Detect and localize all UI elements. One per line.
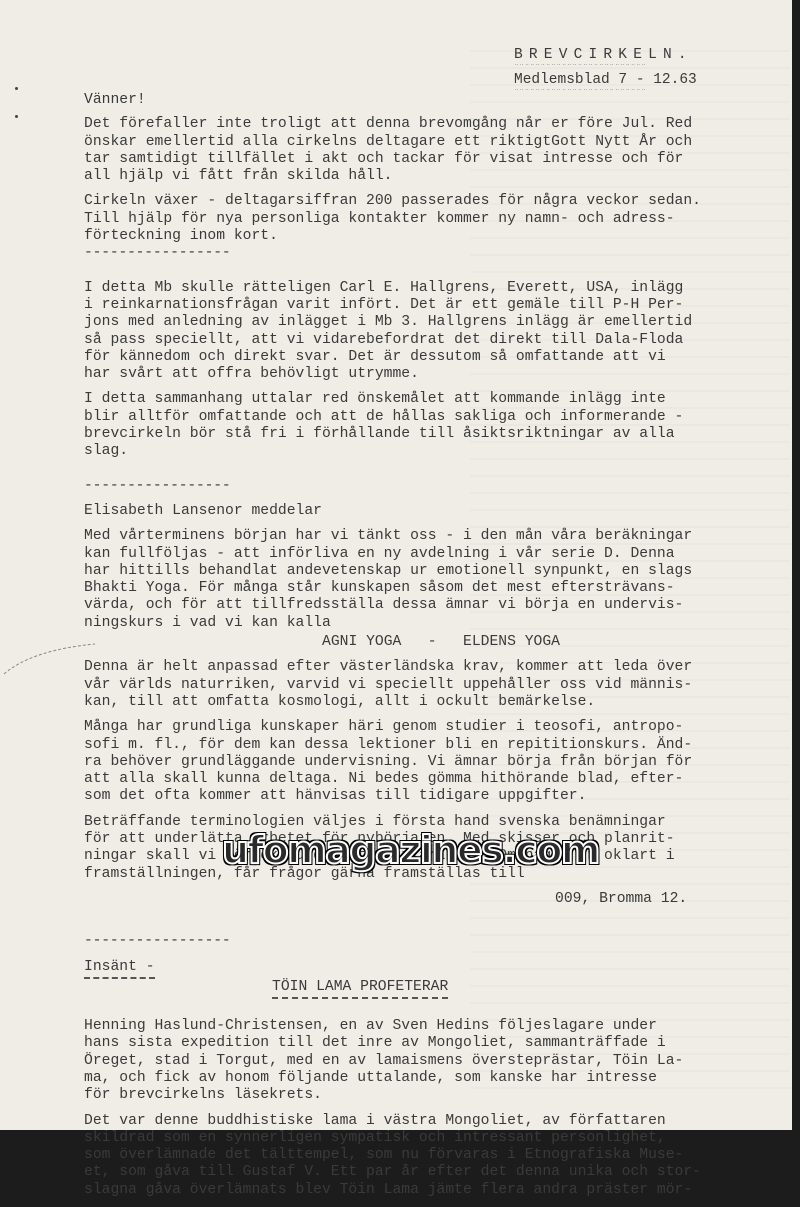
paragraph: Många har grundliga kunskaper häri genom…	[84, 719, 764, 805]
paragraph: Med vårterminens början har vi tänkt oss…	[84, 528, 764, 632]
paragraph: Det var denne buddhistiske lama i västra…	[84, 1113, 764, 1138]
separator: -----------------	[84, 245, 764, 262]
watermark: ufomagazines.com	[222, 830, 599, 870]
newsletter-title: BREVCIRKELN.	[514, 47, 697, 64]
paragraph: I detta sammanhang uttalar red önskemåle…	[84, 391, 764, 460]
paragraph: Denna är helt anpassad efter västerländs…	[84, 659, 764, 711]
section-intro: Elisabeth Lansenor meddelar	[84, 503, 764, 520]
punch-mark	[15, 87, 18, 90]
course-title: AGNI YOGA - ELDENS YOGA	[84, 634, 764, 651]
letter-body: Vänner! Det förefaller inte troligt att …	[84, 92, 764, 1138]
paragraph: Henning Haslund-Christensen, en av Sven …	[84, 1018, 764, 1104]
paragraph: Det förefaller inte troligt att denna br…	[84, 116, 764, 185]
paragraph: Cirkeln växer - deltagarsiffran 200 pass…	[84, 193, 764, 245]
separator: -----------------	[84, 933, 764, 950]
article-title: TÖIN LAMA PROFETERAR	[272, 979, 448, 999]
salutation: Vänner!	[84, 92, 764, 109]
punch-mark	[15, 115, 18, 118]
pencil-stroke-icon	[2, 636, 97, 676]
contact-address: 009, Bromma 12.	[84, 891, 764, 908]
paragraph: I detta Mb skulle rätteligen Carl E. Hal…	[84, 280, 764, 384]
newsletter-header: BREVCIRKELN. """"""""""""""""""""""""" M…	[514, 47, 697, 97]
separator: -----------------	[84, 478, 764, 495]
submitted-label: Insänt -	[84, 959, 155, 979]
header-rule: """""""""""""""""""""""""	[514, 64, 697, 72]
document-page: BREVCIRKELN. """"""""""""""""""""""""" M…	[0, 0, 792, 1130]
issue-number: Medlemsblad 7 - 12.63	[514, 72, 697, 89]
